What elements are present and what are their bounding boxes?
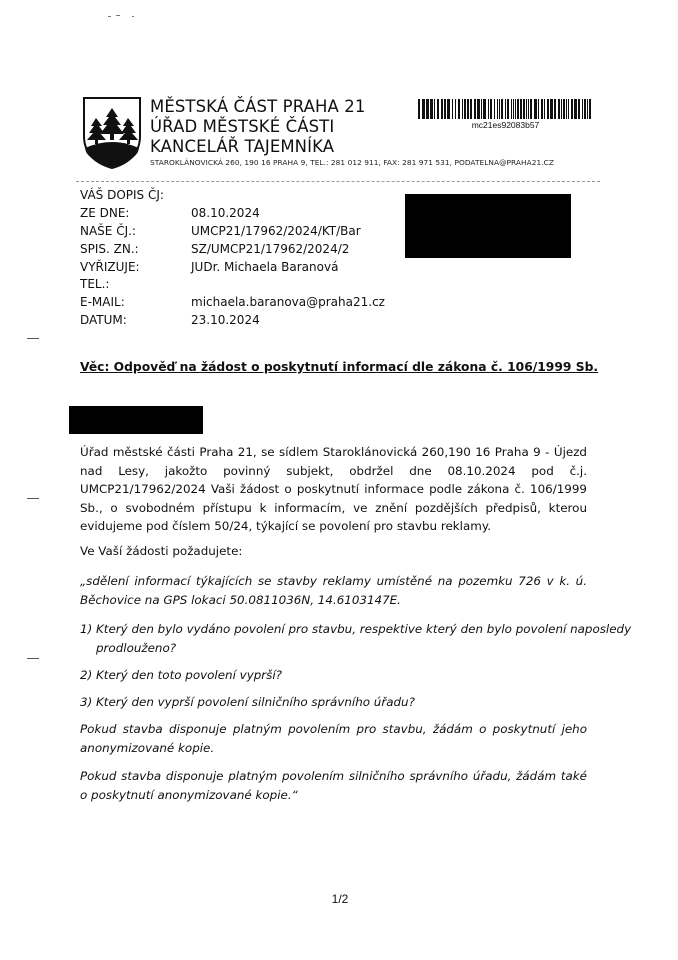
meta-value: 23.10.2024	[191, 312, 260, 330]
meta-row: ZE DNE:08.10.2024	[80, 205, 385, 223]
barcode-text: mc21es92083b57	[418, 120, 593, 130]
meta-value: SZ/UMCP21/17962/2024/2	[191, 241, 349, 259]
meta-label: SPIS. ZN.:	[80, 241, 191, 259]
meta-row: NAŠE ČJ.:UMCP21/17962/2024/KT/Bar	[80, 223, 385, 241]
meta-value: JUDr. Michaela Baranová	[191, 259, 338, 277]
redacted-recipient-address	[405, 194, 571, 258]
org-office-line: ÚŘAD MĚSTSKÉ ČÁSTI	[150, 117, 334, 136]
margin-mark	[27, 658, 39, 659]
scan-speck	[116, 15, 120, 16]
meta-row: TEL.:	[80, 276, 385, 294]
subject-line: Věc: Odpověď na žádost o poskytnutí info…	[80, 360, 598, 374]
meta-row: SPIS. ZN.:SZ/UMCP21/17962/2024/2	[80, 241, 385, 259]
barcode	[418, 99, 593, 119]
header-divider	[76, 181, 600, 182]
scan-speck	[108, 16, 111, 17]
request-copy-building-permit: Pokud stavba disponuje platným povolením…	[80, 720, 587, 757]
margin-mark	[27, 338, 39, 339]
question-1-line-1: 1) Který den bylo vydáno povolení pro st…	[80, 620, 587, 639]
meta-label: DATUM:	[80, 312, 191, 330]
meta-label: ZE DNE:	[80, 205, 191, 223]
org-name-line: MĚSTSKÁ ČÁST PRAHA 21	[150, 97, 365, 116]
question-1-line-2: prodlouženo?	[80, 639, 587, 658]
question-1: 1) Který den bylo vydáno povolení pro st…	[80, 620, 587, 657]
redacted-salutation	[69, 406, 203, 434]
meta-label: VYŘIZUJE:	[80, 259, 191, 277]
reference-info: VÁŠ DOPIS ČJ:ZE DNE:08.10.2024NAŠE ČJ.:U…	[80, 187, 385, 330]
meta-label: NAŠE ČJ.:	[80, 223, 191, 241]
meta-row: E-MAIL:michaela.baranova@praha21.cz	[80, 294, 385, 312]
meta-row: DATUM:23.10.2024	[80, 312, 385, 330]
meta-row: VÁŠ DOPIS ČJ:	[80, 187, 385, 205]
question-3: 3) Který den vyprší povolení silničního …	[80, 693, 587, 712]
meta-value: UMCP21/17962/2024/KT/Bar	[191, 223, 361, 241]
margin-mark	[27, 498, 39, 499]
request-copy-road-permit: Pokud stavba disponuje platným povolením…	[80, 767, 587, 804]
meta-label: VÁŠ DOPIS ČJ:	[80, 187, 191, 205]
quoted-request-intro: „sdělení informací týkajících se stavby …	[80, 572, 587, 609]
meta-value: 08.10.2024	[191, 205, 260, 223]
meta-label: TEL.:	[80, 276, 191, 294]
request-lead-in: Ve Vaší žádosti požadujete:	[80, 542, 587, 561]
org-address: STAROKLÁNOVICKÁ 260, 190 16 PRAHA 9, TEL…	[150, 158, 554, 167]
meta-value: michaela.baranova@praha21.cz	[191, 294, 385, 312]
page-number: 1/2	[320, 892, 360, 906]
org-department-line: KANCELÁŘ TAJEMNÍKA	[150, 137, 334, 156]
meta-label: E-MAIL:	[80, 294, 191, 312]
coat-of-arms-trees-icon	[82, 96, 142, 170]
intro-paragraph: Úřad městské části Praha 21, se sídlem S…	[80, 443, 587, 536]
meta-row: VYŘIZUJE:JUDr. Michaela Baranová	[80, 259, 385, 277]
scan-speck	[132, 16, 134, 17]
question-2: 2) Který den toto povolení vyprší?	[80, 666, 587, 685]
